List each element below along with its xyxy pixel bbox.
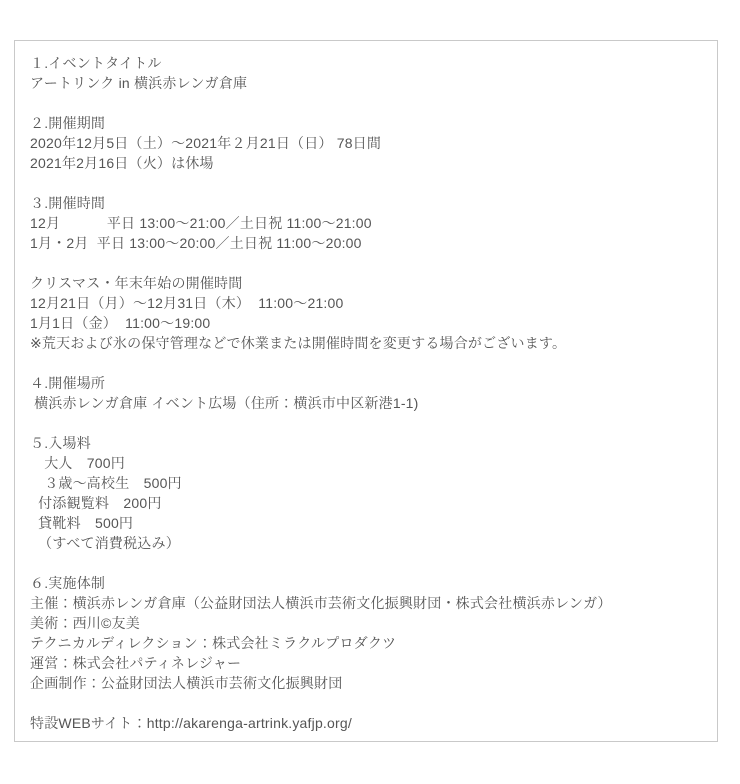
special-hours-newyear: 1月1日（金） 11:00～19:00 — [30, 313, 702, 333]
section-event-title: １.イベントタイトル アートリンク in 横浜赤レンガ倉庫 — [30, 53, 702, 93]
event-info-panel: １.イベントタイトル アートリンク in 横浜赤レンガ倉庫 ２.開催期間 202… — [14, 40, 718, 742]
admission-heading: ５.入場料 — [30, 433, 702, 453]
period-heading: ２.開催期間 — [30, 113, 702, 133]
organization-heading: ６.実施体制 — [30, 573, 702, 593]
website-url: 特設WEBサイト：http://akarenga-artrink.yafjp.o… — [30, 713, 702, 733]
admission-observer: 付添観覧料 200円 — [30, 493, 702, 513]
venue-heading: ４.開催場所 — [30, 373, 702, 393]
admission-child: ３歳～高校生 500円 — [30, 473, 702, 493]
weather-notice: ※荒天および氷の保守管理などで休業または開催時間を変更する場合がございます。 — [30, 333, 702, 353]
special-hours-heading: クリスマス・年末年始の開催時間 — [30, 273, 702, 293]
section-venue: ４.開催場所 横浜赤レンガ倉庫 イベント広場（住所：横浜市中区新港1-1) — [30, 373, 702, 413]
section-website: 特設WEBサイト：http://akarenga-artrink.yafjp.o… — [30, 713, 702, 733]
event-title-heading: １.イベントタイトル — [30, 53, 702, 73]
hours-december: 12月 平日 13:00～21:00／土日祝 11:00～21:00 — [30, 213, 702, 233]
org-planning: 企画制作：公益財団法人横浜市芸術文化振興財団 — [30, 673, 702, 693]
admission-tax-note: （すべて消費税込み） — [30, 533, 702, 553]
section-admission: ５.入場料 大人 700円 ３歳～高校生 500円 付添観覧料 200円 貸靴料… — [30, 433, 702, 553]
admission-adult: 大人 700円 — [30, 453, 702, 473]
hours-heading: ３.開催時間 — [30, 193, 702, 213]
period-dates: 2020年12月5日（土）～2021年２月21日（日） 78日間 — [30, 133, 702, 153]
event-name: アートリンク in 横浜赤レンガ倉庫 — [30, 73, 702, 93]
org-organizer: 主催：横浜赤レンガ倉庫（公益財団法人横浜市芸術文化振興財団・株式会社横浜赤レンガ… — [30, 593, 702, 613]
section-hours: ３.開催時間 12月 平日 13:00～21:00／土日祝 11:00～21:0… — [30, 193, 702, 253]
org-technical-direction: テクニカルディレクション：株式会社ミラクルプロダクツ — [30, 633, 702, 653]
admission-skate-rental: 貸靴料 500円 — [30, 513, 702, 533]
period-closed-note: 2021年2月16日（火）は休場 — [30, 153, 702, 173]
special-hours-yearend: 12月21日（月）～12月31日（木） 11:00～21:00 — [30, 293, 702, 313]
hours-jan-feb: 1月・2月 平日 13:00～20:00／土日祝 11:00～20:00 — [30, 233, 702, 253]
org-operation: 運営：株式会社パティネレジャー — [30, 653, 702, 673]
section-period: ２.開催期間 2020年12月5日（土）～2021年２月21日（日） 78日間 … — [30, 113, 702, 173]
section-organization: ６.実施体制 主催：横浜赤レンガ倉庫（公益財団法人横浜市芸術文化振興財団・株式会… — [30, 573, 702, 693]
section-special-hours: クリスマス・年末年始の開催時間 12月21日（月）～12月31日（木） 11:0… — [30, 273, 702, 353]
org-art: 美術：西川©友美 — [30, 613, 702, 633]
venue-address: 横浜赤レンガ倉庫 イベント広場（住所：横浜市中区新港1-1) — [30, 393, 702, 413]
